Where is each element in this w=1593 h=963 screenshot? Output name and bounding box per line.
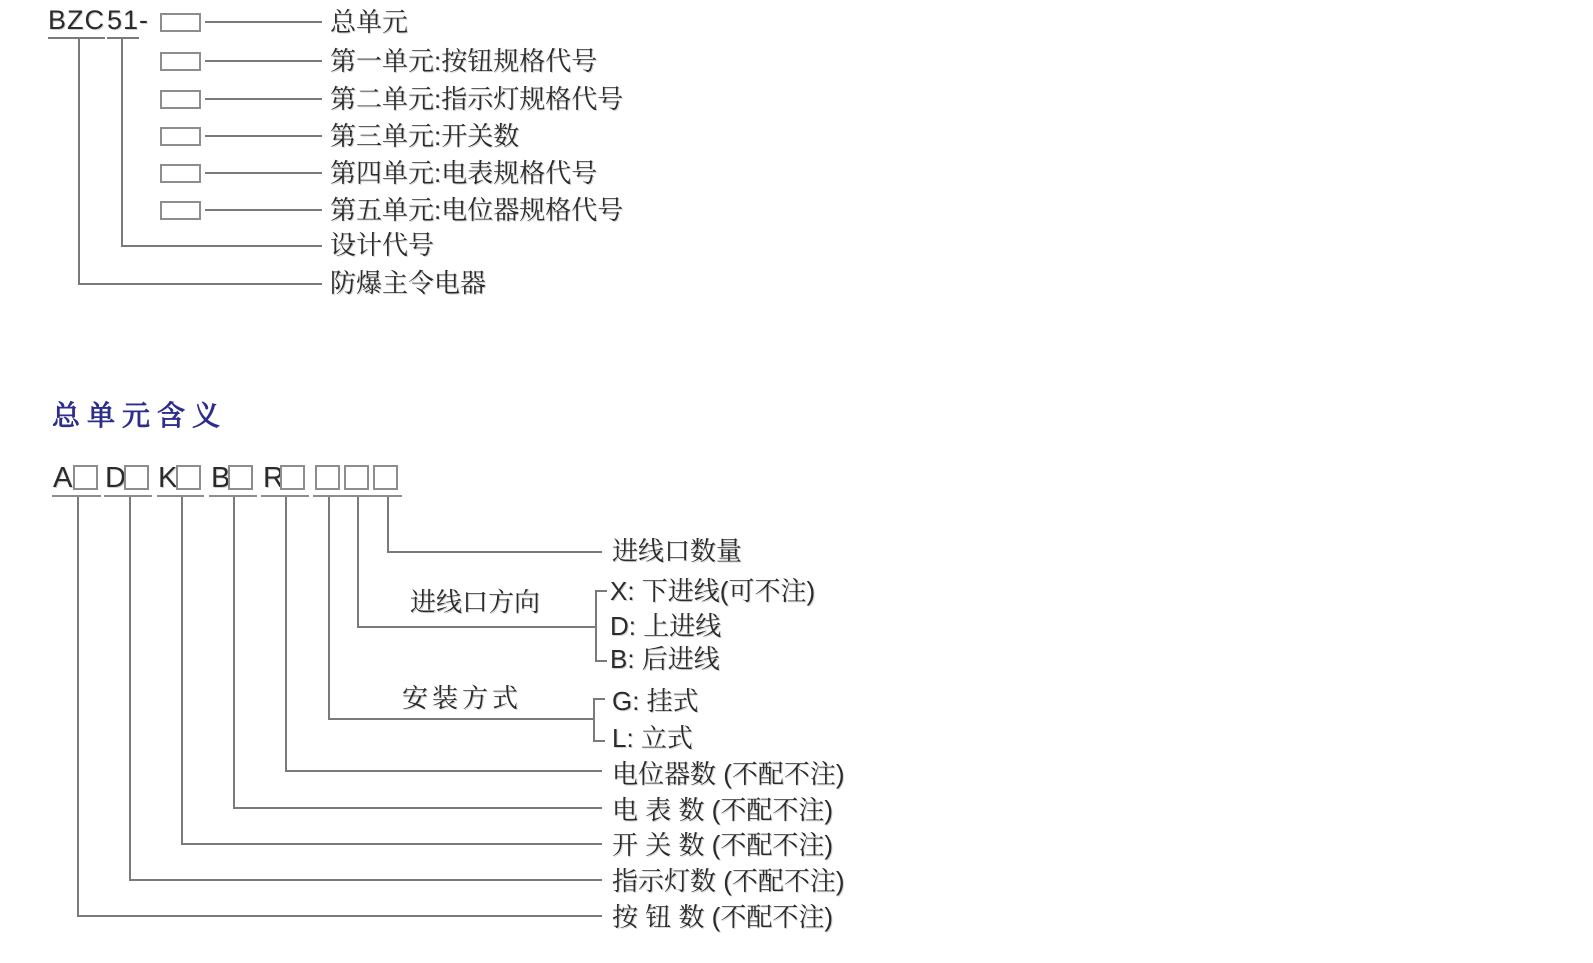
drop-line: [78, 39, 80, 285]
unit-row-label: 总单元: [330, 8, 408, 36]
code-box: [373, 465, 398, 490]
family-label: 防爆主令电器: [330, 269, 486, 297]
code-box: [124, 465, 149, 490]
count-label: 电 表 数 (不配不注): [612, 796, 833, 824]
drop-line: [77, 497, 79, 917]
unit-row-label: 第三单元:开关数: [330, 122, 519, 150]
unit-row-label: 第五单元:电位器规格代号: [330, 196, 623, 224]
connector-line: [205, 98, 322, 100]
design-number: 51: [107, 6, 139, 39]
drop-line: [129, 497, 131, 881]
drop-line: [387, 497, 389, 551]
unit-row-label: 第四单元:电表规格代号: [330, 159, 597, 187]
connector-line: [357, 626, 595, 628]
mounting-option-label: L: 立式: [612, 724, 693, 752]
bracket-line: [595, 660, 607, 662]
count-label: 开 关 数 (不配不注): [612, 831, 833, 859]
model-designation-diagram: BZC 51 - 总单元 第一单元:按钮规格代号 第二单元:指示灯规格代号 第三…: [0, 0, 1593, 963]
unit-code-box: [160, 90, 201, 109]
unit-code-box: [160, 13, 201, 32]
mounting-label: 安装方式: [402, 684, 522, 712]
connector-line: [129, 879, 602, 881]
code-box: [315, 465, 340, 490]
inlet-direction-label: 进线口方向: [410, 588, 540, 616]
unit-code-box: [160, 52, 201, 71]
connector-line: [205, 209, 322, 211]
code-box: [228, 465, 253, 490]
inlet-option-label: D: 上进线: [610, 612, 721, 640]
unit-code-box: [160, 201, 201, 220]
connector-line: [78, 283, 322, 285]
drop-line: [357, 497, 359, 628]
connector-line: [205, 21, 322, 23]
connector-line: [205, 172, 322, 174]
code-box: [73, 465, 98, 490]
inlet-count-label: 进线口数量: [612, 537, 742, 565]
connector-line: [205, 135, 322, 137]
connector-line: [387, 551, 602, 553]
inlet-option-label: B: 后进线: [610, 645, 720, 673]
bracket-line: [595, 590, 607, 592]
bracket-line: [593, 698, 595, 742]
connector-line: [285, 770, 602, 772]
count-label: 指示灯数 (不配不注): [612, 867, 845, 895]
bracket-line: [595, 590, 597, 662]
bracket-line: [593, 740, 605, 742]
unit-row-label: 第二单元:指示灯规格代号: [330, 85, 623, 113]
drop-line: [328, 497, 330, 720]
connector-line: [77, 915, 602, 917]
connector-line: [233, 807, 602, 809]
dash-separator: -: [139, 6, 149, 34]
drop-line: [285, 497, 287, 772]
unit-code-box: [160, 164, 201, 183]
code-box: [176, 465, 201, 490]
count-label: 电位器数 (不配不注): [612, 760, 845, 788]
code-box: [280, 465, 305, 490]
design-code-label: 设计代号: [330, 231, 434, 259]
connector-line: [121, 245, 322, 247]
connector-line: [205, 60, 322, 62]
code-letter: A: [53, 464, 72, 493]
unit-row-label: 第一单元:按钮规格代号: [330, 47, 597, 75]
drop-line: [121, 39, 123, 247]
code-letter: D: [105, 464, 126, 493]
section-heading: 总单元含义: [52, 401, 227, 431]
drop-line: [181, 497, 183, 845]
code-box: [344, 465, 369, 490]
inlet-option-label: X: 下进线(可不注): [610, 577, 815, 605]
code-letter: K: [158, 464, 177, 493]
group-underline: [104, 495, 152, 497]
drop-line: [233, 497, 235, 809]
connector-line: [328, 718, 593, 720]
connector-line: [181, 843, 602, 845]
model-prefix: BZC: [48, 6, 105, 39]
count-label: 按 钮 数 (不配不注): [612, 903, 833, 931]
unit-code-box: [160, 127, 201, 146]
bracket-line: [593, 698, 605, 700]
mounting-option-label: G: 挂式: [612, 687, 699, 715]
